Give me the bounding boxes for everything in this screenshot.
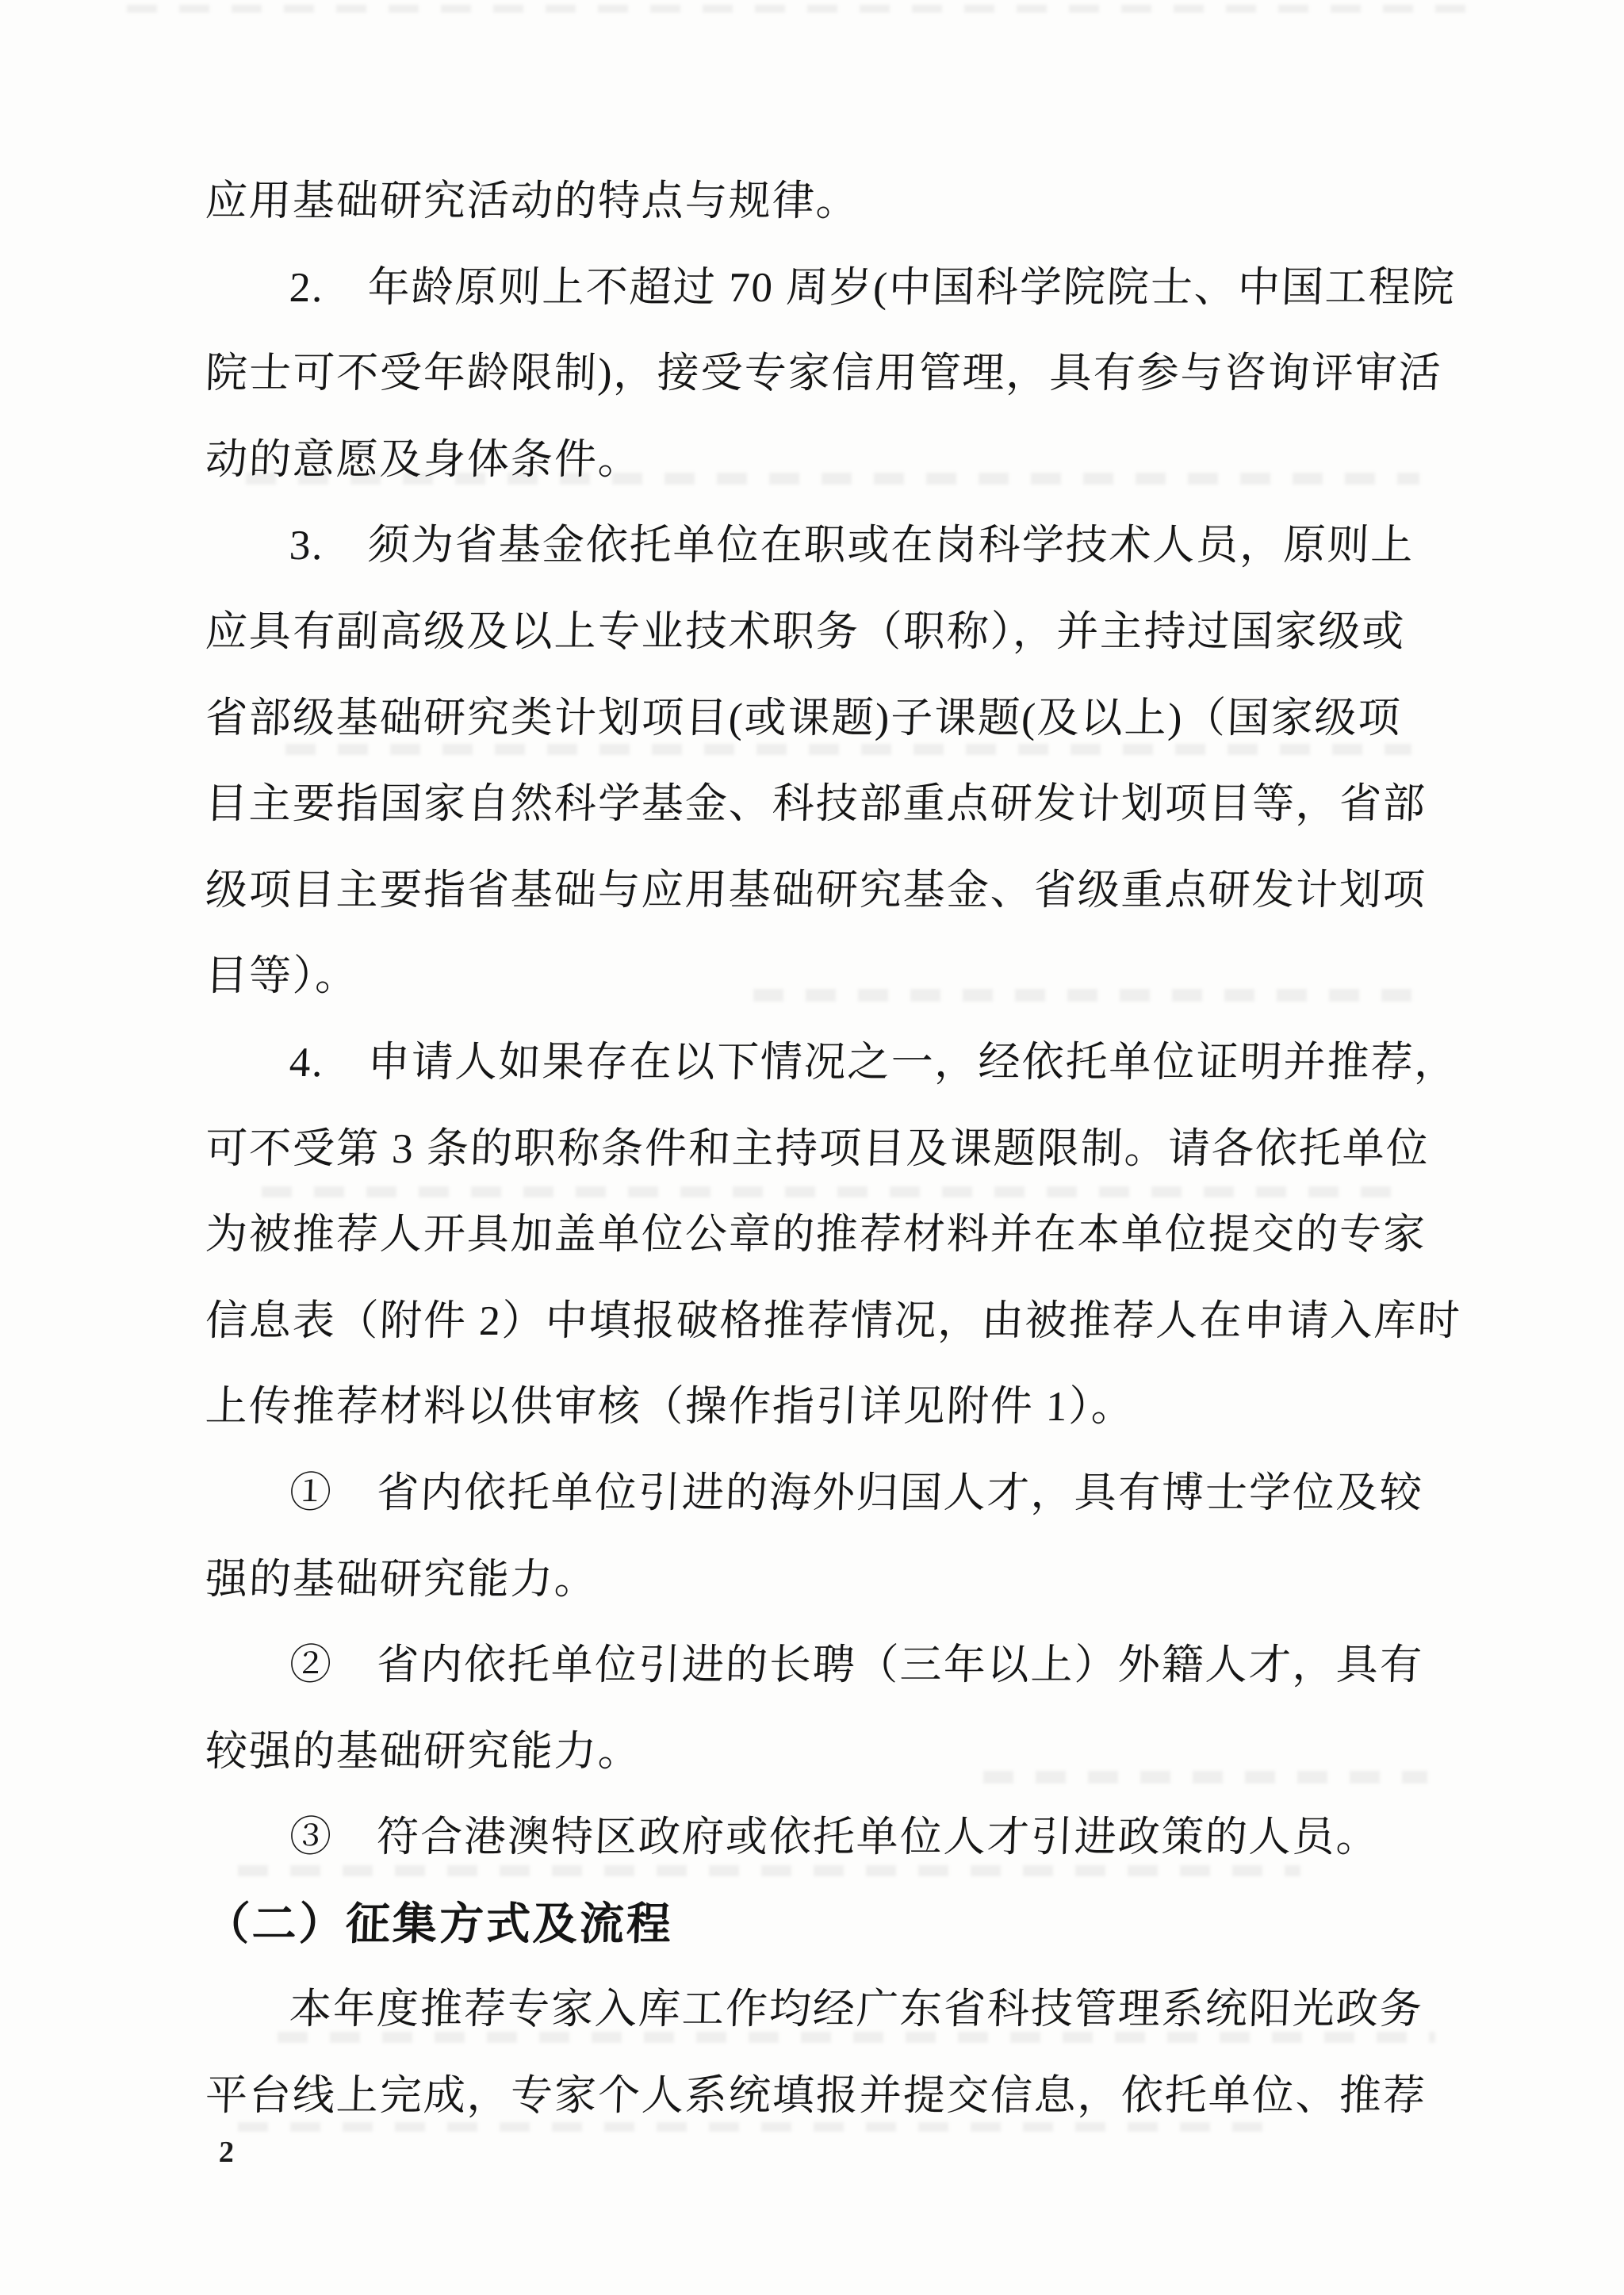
text-line: 为被推荐人开具加盖单位公章的推荐材料并在本单位提交的专家 (204, 1192, 1492, 1278)
text-line: 本年度推荐专家入库工作均经广东省科技管理系统阳光政务 (204, 1967, 1492, 2053)
text-line: 院士可不受年龄限制)，接受专家信用管理，具有参与咨询评审活 (204, 331, 1492, 417)
document-page: 应用基础研究活动的特点与规律。2. 年龄原则上不超过 70 周岁(中国科学院院士… (0, 0, 1624, 2295)
section-heading: （二）征集方式及流程 (204, 1881, 1492, 1967)
text-line: ① 省内依托单位引进的海外归国人才，具有博士学位及较 (204, 1450, 1492, 1537)
text-line: 应具有副高级及以上专业技术职务（职称），并主持过国家级或 (204, 589, 1492, 676)
text-line: 4. 申请人如果存在以下情况之一，经依托单位证明并推荐， (204, 1020, 1492, 1106)
scan-artifact (127, 5, 1475, 13)
text-line: 强的基础研究能力。 (204, 1537, 1492, 1623)
text-line: 应用基础研究活动的特点与规律。 (204, 159, 1492, 245)
text-line: 信息表（附件 2）中填报破格推荐情况，由被推荐人在申请入库时 (204, 1278, 1492, 1365)
text-line: ③ 符合港澳特区政府或依托单位人才引进政策的人员。 (204, 1795, 1492, 1881)
text-line: ② 省内依托单位引进的长聘（三年以上）外籍人才，具有 (204, 1623, 1492, 1709)
text-line: 省部级基础研究类计划项目(或课题)子课题(及以上)（国家级项 (204, 676, 1492, 762)
text-line: 级项目主要指省基础与应用基础研究基金、省级重点研发计划项 (204, 848, 1492, 934)
text-block: 应用基础研究活动的特点与规律。2. 年龄原则上不超过 70 周岁(中国科学院院士… (204, 159, 1488, 2140)
text-line: 目等）。 (204, 933, 1492, 1020)
text-line: 可不受第 3 条的职称条件和主持项目及课题限制。请各依托单位 (204, 1106, 1492, 1193)
text-line: 目主要指国家自然科学基金、科技部重点研发计划项目等，省部 (204, 761, 1492, 848)
text-line: 2. 年龄原则上不超过 70 周岁(中国科学院院士、中国工程院 (204, 245, 1492, 331)
page-number: 2 (218, 2135, 235, 2170)
text-line: 3. 须为省基金依托单位在职或在岗科学技术人员，原则上 (204, 503, 1492, 589)
text-line: 上传推荐材料以供审核（操作指引详见附件 1）。 (204, 1364, 1492, 1450)
text-line: 较强的基础研究能力。 (204, 1709, 1492, 1795)
text-line: 动的意愿及身体条件。 (204, 417, 1492, 504)
text-line: 平台线上完成，专家个人系统填报并提交信息，依托单位、推荐 (204, 2053, 1492, 2140)
